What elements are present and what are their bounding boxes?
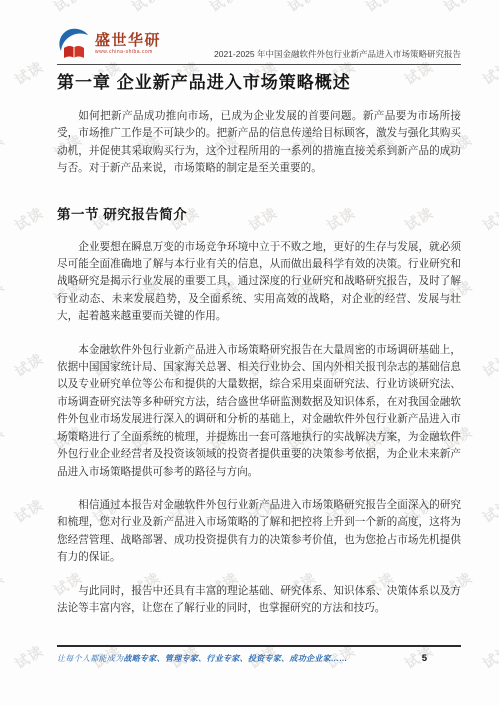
watermark-text: 试读 <box>11 57 47 90</box>
page-number: 5 <box>422 653 461 664</box>
watermark-text: 试读 <box>206 0 242 16</box>
page-header: 盛世华研 www.china-shiba.com 2021-2025 年中国金融… <box>57 28 461 65</box>
footer-slogan-emphasis: 战略专家、管理专家、行业专家、投资专家、成功企业家…… <box>123 654 347 663</box>
watermark-text: 试读 <box>0 0 8 16</box>
watermark-text: 试读 <box>479 203 499 236</box>
footer-slogan: 让每个人都能成为战略专家、管理专家、行业专家、投资专家、成功企业家…… <box>57 653 348 664</box>
watermark-text: 试读 <box>479 495 499 528</box>
watermark-text: 试读 <box>284 0 320 16</box>
section-heading: 第一节 研究报告简介 <box>57 203 461 223</box>
brand-name: 盛世华研 <box>95 33 161 48</box>
intro-paragraph: 如何把新产品成功推向市场，已成为企业发展的首要问题。新产品要为市场所接受，市场推… <box>57 108 461 178</box>
watermark-text: 试读 <box>0 130 8 163</box>
body-paragraph-3: 相信通过本报告对金融软件外包行业新产品进入市场策略研究报告全面深入的研究和梳理，… <box>57 497 461 567</box>
watermark-text: 试读 <box>11 203 47 236</box>
watermark-text: 试读 <box>50 0 86 16</box>
book-swoosh-icon <box>57 27 91 61</box>
watermark-text: 试读 <box>0 276 8 309</box>
watermark-text: 试读 <box>479 641 499 674</box>
footer-slogan-prefix: 让每个人都能成为 <box>57 654 123 663</box>
watermark-text: 试读 <box>128 0 164 16</box>
watermark-text: 试读 <box>0 568 8 601</box>
body-paragraph-1: 企业要想在瞬息万变的市场竞争环境中立于不败之地，更好的生存与发展，就必须尽可能全… <box>57 239 461 326</box>
watermark-text: 试读 <box>479 349 499 382</box>
document-page: 试读试读试读试读试读试读试读试读试读试读试读试读试读试读试读试读试读试读试读试读… <box>0 0 499 706</box>
page-footer: 让每个人都能成为战略专家、管理专家、行业专家、投资专家、成功企业家…… 5 <box>57 645 461 664</box>
body-paragraph-2: 本金融软件外包行业新产品进入市场策略研究报告在大量周密的市场调研基础上，依据中国… <box>57 342 461 481</box>
watermark-text: 试读 <box>11 495 47 528</box>
watermark-text: 试读 <box>479 57 499 90</box>
watermark-text: 试读 <box>11 349 47 382</box>
brand-logo: 盛世华研 www.china-shiba.com <box>57 27 161 61</box>
brand-text: 盛世华研 www.china-shiba.com <box>95 33 161 55</box>
report-title: 2021-2025 年中国金融软件外包行业新产品进入市场策略研究报告 <box>214 48 461 61</box>
body-paragraph-4: 与此同时，报告中还具有丰富的理论基础、研究体系、知识体系、决策体系以及方法论等丰… <box>57 583 461 618</box>
watermark-text: 试读 <box>440 0 476 16</box>
document-body: 第一章 企业新产品进入市场策略概述 如何把新产品成功推向市场，已成为企业发展的首… <box>57 68 461 617</box>
watermark-text: 试读 <box>11 641 47 674</box>
chapter-heading: 第一章 企业新产品进入市场策略概述 <box>57 68 461 93</box>
brand-url: www.china-shiba.com <box>95 50 161 55</box>
watermark-text: 试读 <box>362 0 398 16</box>
watermark-text: 试读 <box>0 422 8 455</box>
